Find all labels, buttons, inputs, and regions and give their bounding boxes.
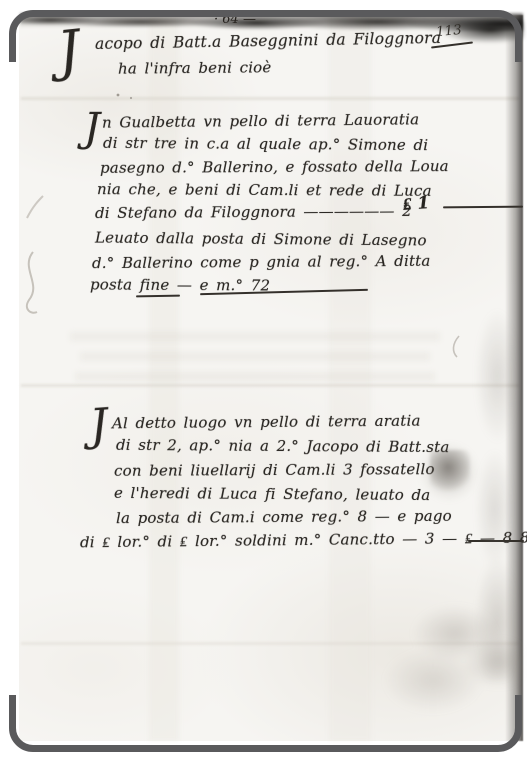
- curl-mark: [453, 336, 459, 357]
- frame-top-band: [0, 0, 527, 62]
- ink-dot: [130, 97, 132, 99]
- photo-frame-border: [9, 695, 522, 752]
- scanned-manuscript-viewer: · 64 — 113 J acopo di Batt.a Baseggnini …: [0, 0, 527, 760]
- manuscript-content: · 64 — 113 J acopo di Batt.a Baseggnini …: [0, 0, 527, 760]
- frame-bottom-band: [0, 695, 527, 760]
- diagonal-mark: [27, 196, 43, 218]
- margin-pen-marks: [0, 0, 527, 760]
- s-curve-mark: [27, 252, 37, 313]
- photo-frame-border: [9, 10, 522, 62]
- ink-dot: [117, 94, 120, 97]
